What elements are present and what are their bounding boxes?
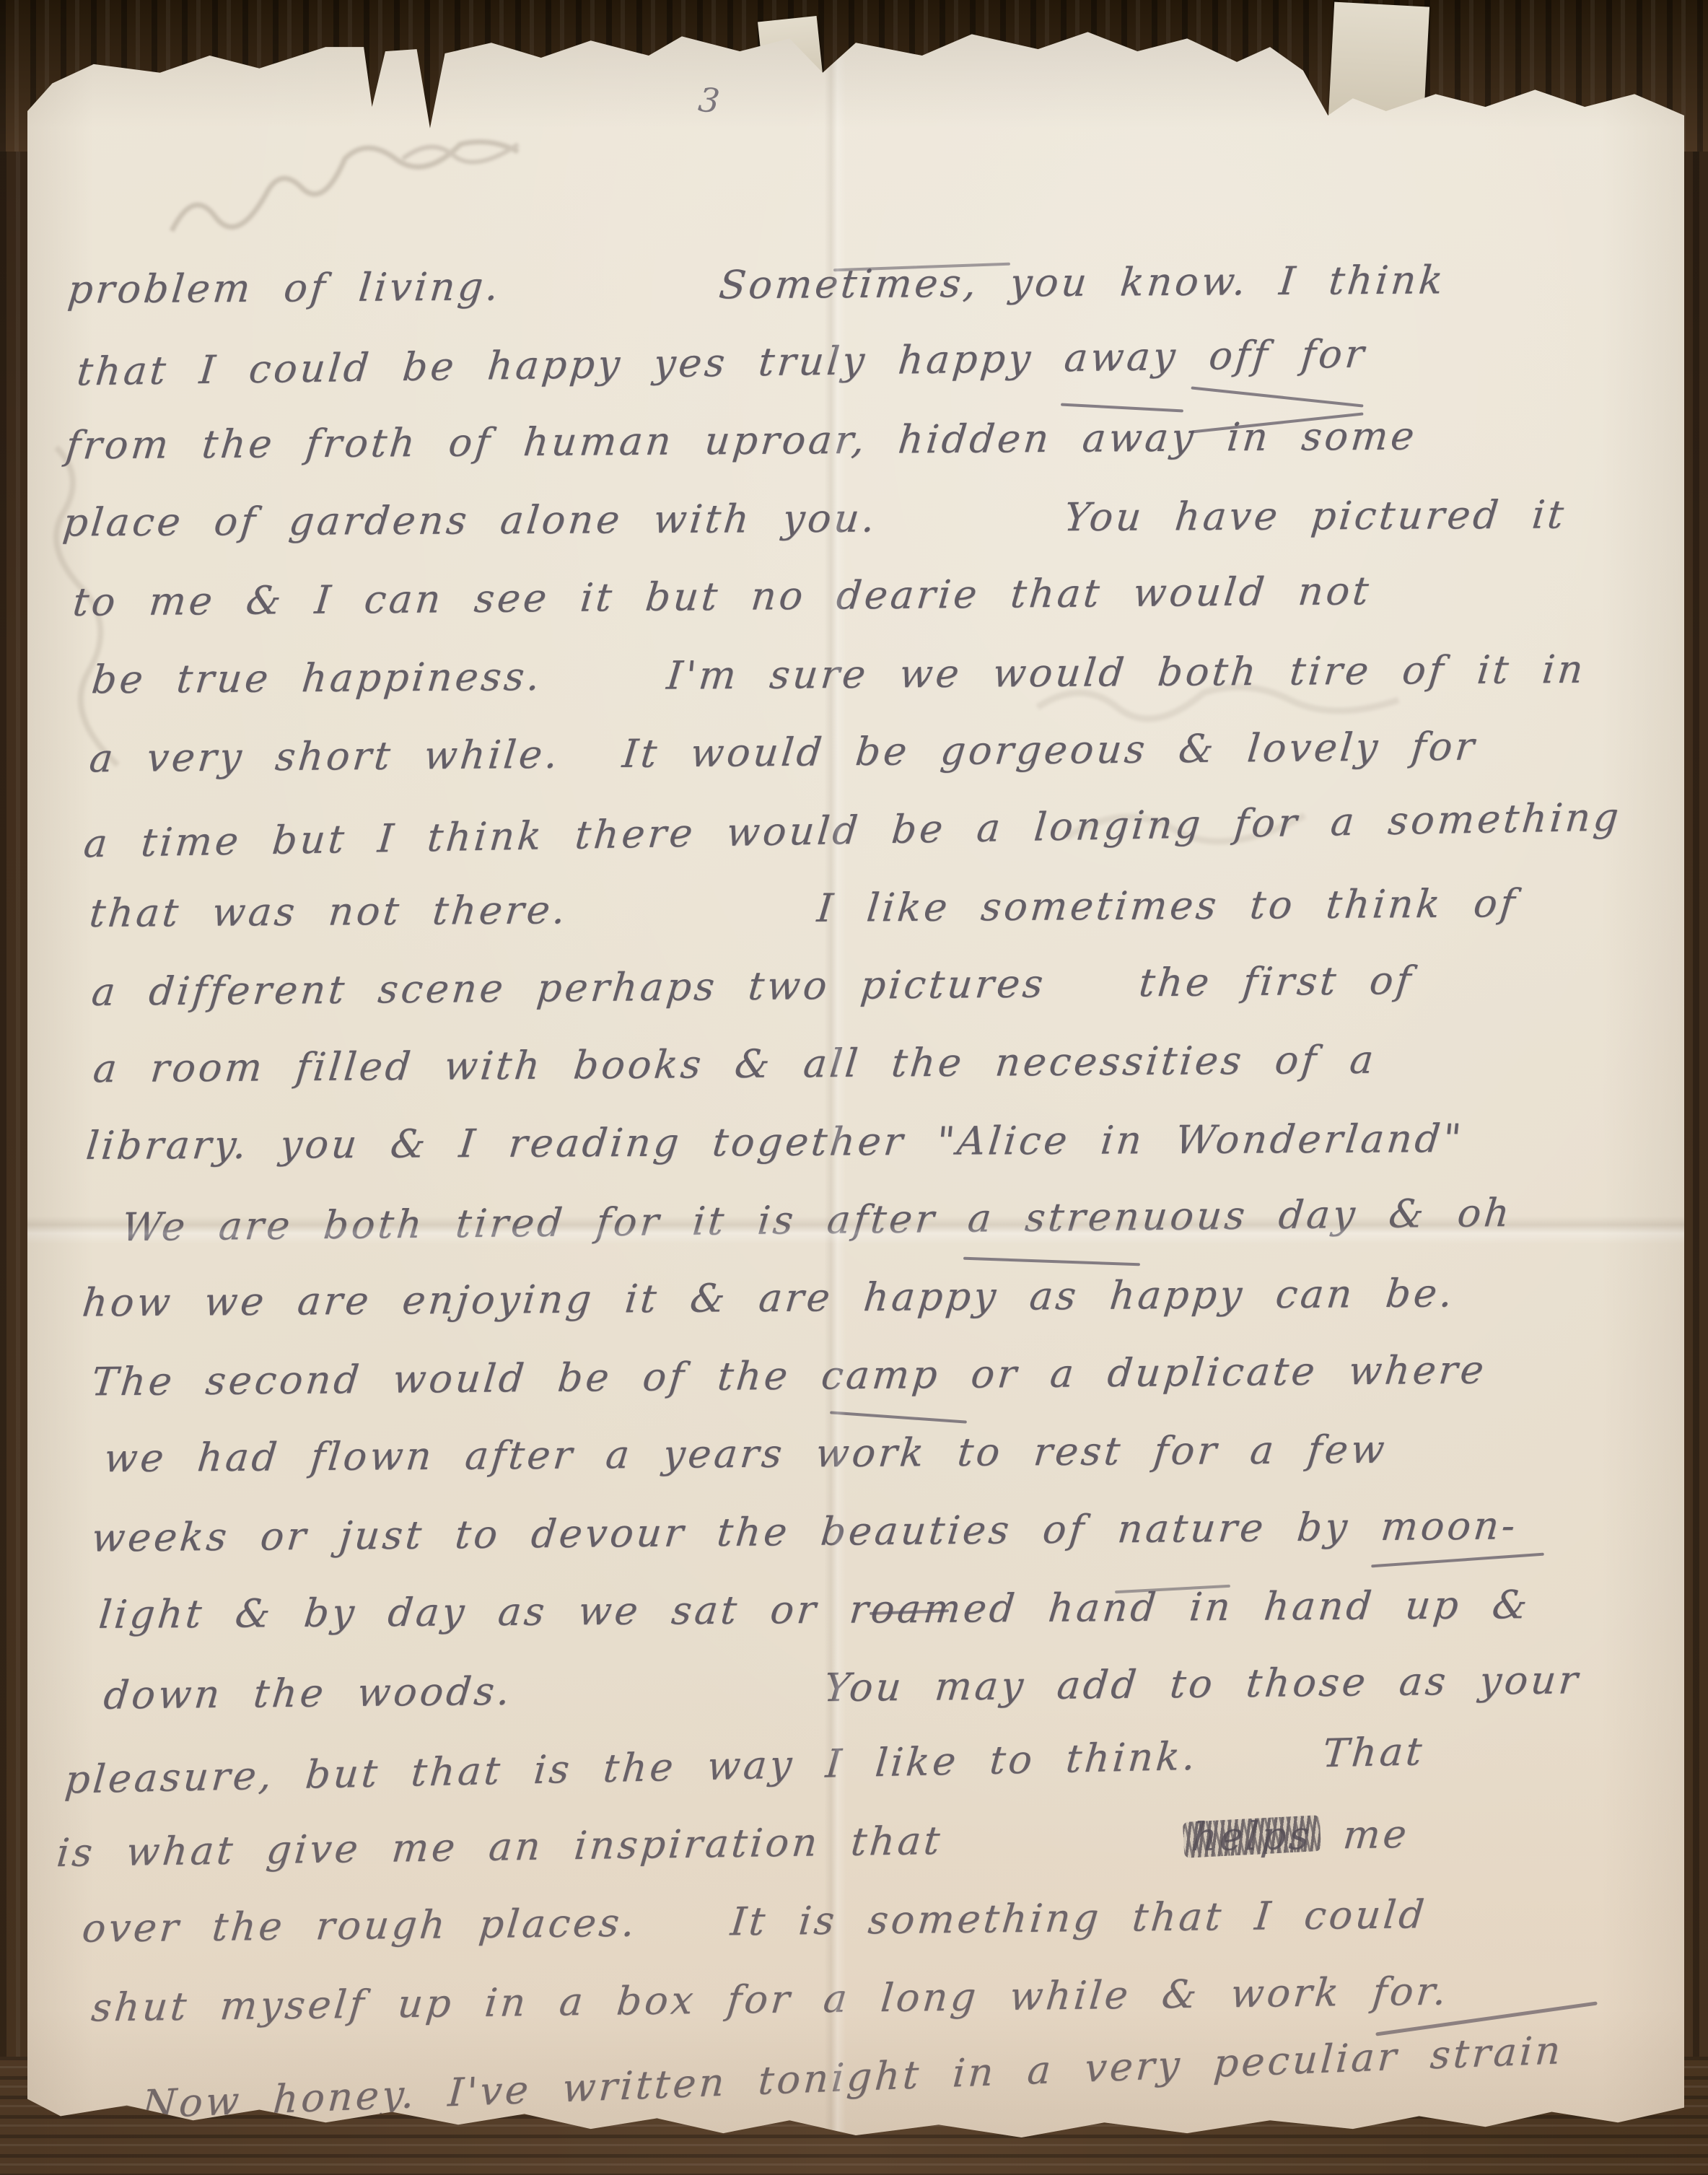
handwriting-line: light & by day as we sat or roamed hand … xyxy=(97,1585,1532,1634)
handwriting-line: a time but I think there would be a long… xyxy=(82,797,1623,863)
handwriting-line: We are both tired for it is after a stre… xyxy=(120,1194,1513,1247)
handwriting-line: down the woods. You may add to those as … xyxy=(102,1660,1582,1715)
wedge-stroke-away-upper xyxy=(1191,386,1363,407)
handwriting-line: be true happiness. I'm sure we would bot… xyxy=(90,650,1588,699)
handwriting-line: to me & I can see it but no dearie that … xyxy=(71,572,1373,622)
underline-stroke-happy xyxy=(1061,403,1183,413)
handwriting-line: a different scene perhaps two pictures t… xyxy=(90,961,1416,1012)
photograph-of-letter: 3 problem of living. Sometimes, you know… xyxy=(0,0,1708,2175)
scribble-redaction xyxy=(1183,1815,1321,1858)
underline-stroke-strenuous xyxy=(963,1257,1140,1266)
handwriting-line: The second would be of the camp or a dup… xyxy=(90,1351,1489,1402)
handwriting-line: that was not there. I like sometimes to … xyxy=(88,884,1520,933)
handwriting-line: library. you & I reading together "Alice… xyxy=(84,1119,1466,1165)
handwriting-line: shut myself up in a box for a long while… xyxy=(89,1972,1450,2028)
handwriting-line: place of gardens alone with you. You hav… xyxy=(61,496,1568,543)
handwriting-line: how we are enjoying it & are happy as ha… xyxy=(81,1274,1457,1322)
handwriting-line: problem of living. Sometimes, you know. … xyxy=(66,261,1448,309)
letter-page: 3 problem of living. Sometimes, you know… xyxy=(27,0,1684,2137)
underline-stroke-the-camp xyxy=(830,1411,967,1423)
handwriting-line: that I could be happy yes truly happy aw… xyxy=(75,335,1368,392)
dash-stroke-moonlight xyxy=(1371,1553,1544,1568)
handwriting-line: we had flown after a years work to rest … xyxy=(102,1430,1389,1478)
handwriting-line: Now honey. I've written tonight in a ver… xyxy=(141,2031,1564,2124)
handwriting-line: a room filled with books & all the neces… xyxy=(92,1041,1378,1088)
page-number: 3 xyxy=(696,80,722,121)
handwriting-line: from the froth of human uproar, hidden a… xyxy=(64,416,1419,465)
handwriting-line: pleasure, but that is the way I like to … xyxy=(63,1732,1426,1799)
handwriting-line: weeks or just to devour the beauties of … xyxy=(90,1506,1520,1557)
handwriting-line: over the rough places. It is something t… xyxy=(80,1895,1428,1948)
ink-bleedthrough xyxy=(157,115,619,260)
handwriting-line: a very short while. It would be gorgeous… xyxy=(88,727,1479,779)
